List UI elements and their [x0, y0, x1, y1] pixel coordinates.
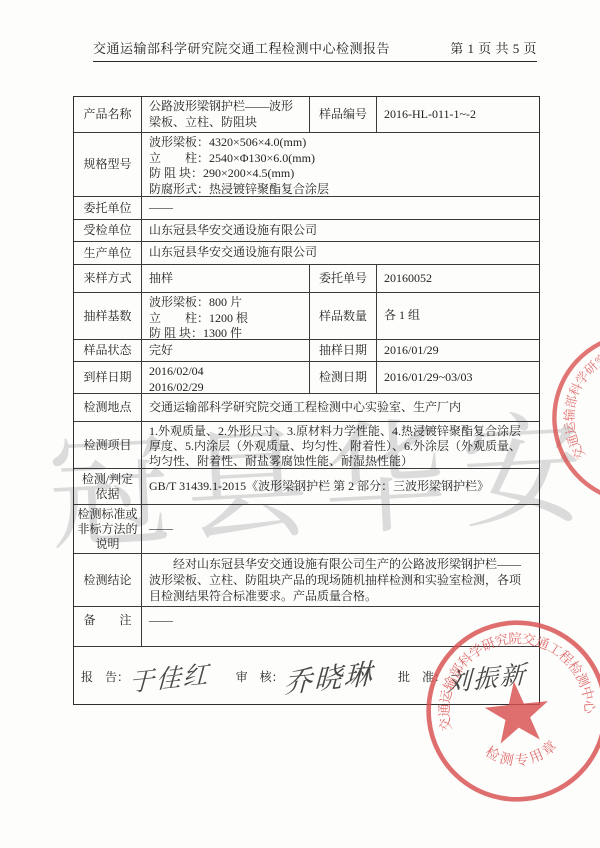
- manufacturer-value: 山东冠县华安交通设施有限公司: [141, 242, 539, 264]
- svg-text:交通运输部科学研究院交通工程检测中心: 交通运输部科学研究院交通工程检测中心: [537, 316, 600, 462]
- basis-label: 检测/判定依据: [74, 469, 141, 504]
- sample-qty-label: 样品数量: [309, 293, 376, 339]
- svg-text:检测专用章: 检测专用章: [481, 736, 562, 773]
- sampling-value: 抽样: [141, 265, 309, 292]
- table-row-sampling: 来样方式 抽样 委托单号 20160052: [74, 264, 539, 292]
- inspected-label: 受检单位: [74, 220, 141, 241]
- items-value: 1.外观质量、2.外形尺寸、3.原材料力学性能、4.热浸镀锌聚酯复合涂层厚度、5…: [141, 422, 539, 468]
- report-by-label: 报 告：: [81, 668, 129, 685]
- table-row-conclusion: 检测结论 经对山东冠县华安交通设施有限公司生产的公路波形梁钢护栏——波形梁板、立…: [74, 553, 539, 606]
- table-row-items: 检测项目 1.外观质量、2.外形尺寸、3.原材料力学性能、4.热浸镀锌聚酯复合涂…: [74, 421, 539, 468]
- test-date-label: 检测日期: [309, 362, 376, 393]
- product-name-label: 产品名称: [74, 97, 141, 132]
- table-row-remark: 备 注 ——: [74, 606, 539, 646]
- review-by-label: 审 核：: [236, 668, 284, 685]
- order-no-value: 20160052: [376, 265, 539, 292]
- table-row-inspected: 受检单位 山东冠县华安交通设施有限公司: [74, 219, 539, 241]
- spec-value: 波形梁板：4320×506×4.0(mm) 立 柱：2540×Φ130×6.0(…: [141, 133, 539, 196]
- location-label: 检测地点: [74, 394, 141, 421]
- spec-line-coating: 防腐形式：热浸镀锌聚酯复合涂层: [149, 182, 532, 197]
- basis-value: GB/T 31439.1-2015《波形梁钢护栏 第 2 部分：三波形梁钢护栏》: [141, 469, 539, 504]
- arrival-date-1: 2016/02/04: [149, 364, 302, 380]
- std-note-value: ——: [141, 505, 539, 553]
- base-qty-line-beam: 波形梁板：800 片: [149, 295, 302, 311]
- sampling-label: 来样方式: [74, 265, 141, 292]
- product-name-value: 公路波形梁钢护栏——波形梁板、立柱、防阻块: [141, 97, 309, 132]
- table-row-base-qty: 抽样基数 波形梁板：800 片 立 柱：1200 根 防 阻 块：1300 件 …: [74, 292, 539, 339]
- test-date-value: 2016/01/29~03/03: [376, 362, 539, 393]
- review-signature: 乔晓琳: [283, 652, 374, 702]
- report-table: 产品名称 公路波形梁钢护栏——波形梁板、立柱、防阻块 样品编号 2016-HL-…: [73, 96, 540, 705]
- spec-line-post: 立 柱：2540×Φ130×6.0(mm): [149, 151, 532, 167]
- conclusion-label: 检测结论: [74, 554, 141, 606]
- sample-qty-value: 各 1 组: [376, 293, 539, 339]
- table-row-client: 委托单位 ——: [74, 196, 539, 219]
- report-page: 冠县华安 交通运输部科学研究院交通工程检测中心检测报告 第 1 页 共 5 页 …: [0, 0, 600, 848]
- location-value: 交通运输部科学研究院交通工程检测中心实验室、生产厂内: [141, 394, 539, 421]
- arrival-date-2: 2016/02/29: [149, 380, 302, 394]
- arrival-value: 2016/02/04 2016/02/29: [141, 362, 309, 393]
- order-no-label: 委托单号: [309, 265, 376, 292]
- table-row-manufacturer: 生产单位 山东冠县华安交通设施有限公司: [74, 241, 539, 264]
- sampling-date-value: 2016/01/29: [376, 340, 539, 361]
- state-label: 样品状态: [74, 340, 141, 361]
- approve-signature: 刘振新: [446, 654, 528, 699]
- client-value: ——: [141, 197, 539, 219]
- edge-stamp-ring-text: 交通运输部科学研究院交通工程检测中心: [537, 316, 600, 462]
- conclusion-value: 经对山东冠县华安交通设施有限公司生产的公路波形梁钢护栏——波形梁板、立柱、防阻块…: [141, 554, 539, 606]
- report-signature: 于佳红: [129, 654, 211, 699]
- sample-no-value: 2016-HL-011-1~-2: [376, 97, 539, 132]
- stamp-bottom-text: 检测专用章: [481, 736, 562, 773]
- table-row-location: 检测地点 交通运输部科学研究院交通工程检测中心实验室、生产厂内: [74, 393, 539, 421]
- spec-line-beam: 波形梁板：4320×506×4.0(mm): [149, 135, 532, 151]
- base-qty-value: 波形梁板：800 片 立 柱：1200 根 防 阻 块：1300 件: [141, 293, 309, 339]
- table-row-basis: 检测/判定依据 GB/T 31439.1-2015《波形梁钢护栏 第 2 部分：…: [74, 468, 539, 504]
- spec-line-block: 防 阻 块：290×200×4.5(mm): [149, 166, 532, 182]
- table-row-spec: 规格型号 波形梁板：4320×506×4.0(mm) 立 柱：2540×Φ130…: [74, 132, 539, 196]
- base-qty-label: 抽样基数: [74, 293, 141, 339]
- page-header: 交通运输部科学研究院交通工程检测中心检测报告 第 1 页 共 5 页: [93, 38, 537, 62]
- base-qty-line-block: 防 阻 块：1300 件: [149, 326, 302, 339]
- report-header-title: 交通运输部科学研究院交通工程检测中心检测报告: [93, 38, 390, 57]
- table-row-arrival: 到样日期 2016/02/04 2016/02/29 检测日期 2016/01/…: [74, 361, 539, 393]
- table-row-signatures: 报 告： 于佳红 审 核： 乔晓琳 批 准： 刘振新: [74, 646, 539, 706]
- table-row-product: 产品名称 公路波形梁钢护栏——波形梁板、立柱、防阻块 样品编号 2016-HL-…: [74, 97, 539, 132]
- sampling-date-label: 抽样日期: [309, 340, 376, 361]
- base-qty-line-post: 立 柱：1200 根: [149, 311, 302, 327]
- table-row-std-note: 检测标准或非标方法的说明 ——: [74, 504, 539, 553]
- std-note-label: 检测标准或非标方法的说明: [74, 505, 141, 553]
- client-label: 委托单位: [74, 197, 141, 219]
- state-value: 完好: [141, 340, 309, 361]
- inspected-value: 山东冠县华安交通设施有限公司: [141, 220, 539, 241]
- approve-by-label: 批 准：: [398, 668, 446, 685]
- arrival-label: 到样日期: [74, 362, 141, 393]
- items-label: 检测项目: [74, 422, 141, 468]
- page-number: 第 1 页 共 5 页: [450, 38, 537, 57]
- manufacturer-label: 生产单位: [74, 242, 141, 264]
- spec-label: 规格型号: [74, 133, 141, 196]
- sample-no-label: 样品编号: [309, 97, 376, 132]
- remark-value: ——: [141, 607, 539, 646]
- remark-label: 备 注: [74, 607, 141, 646]
- table-row-state: 样品状态 完好 抽样日期 2016/01/29: [74, 339, 539, 361]
